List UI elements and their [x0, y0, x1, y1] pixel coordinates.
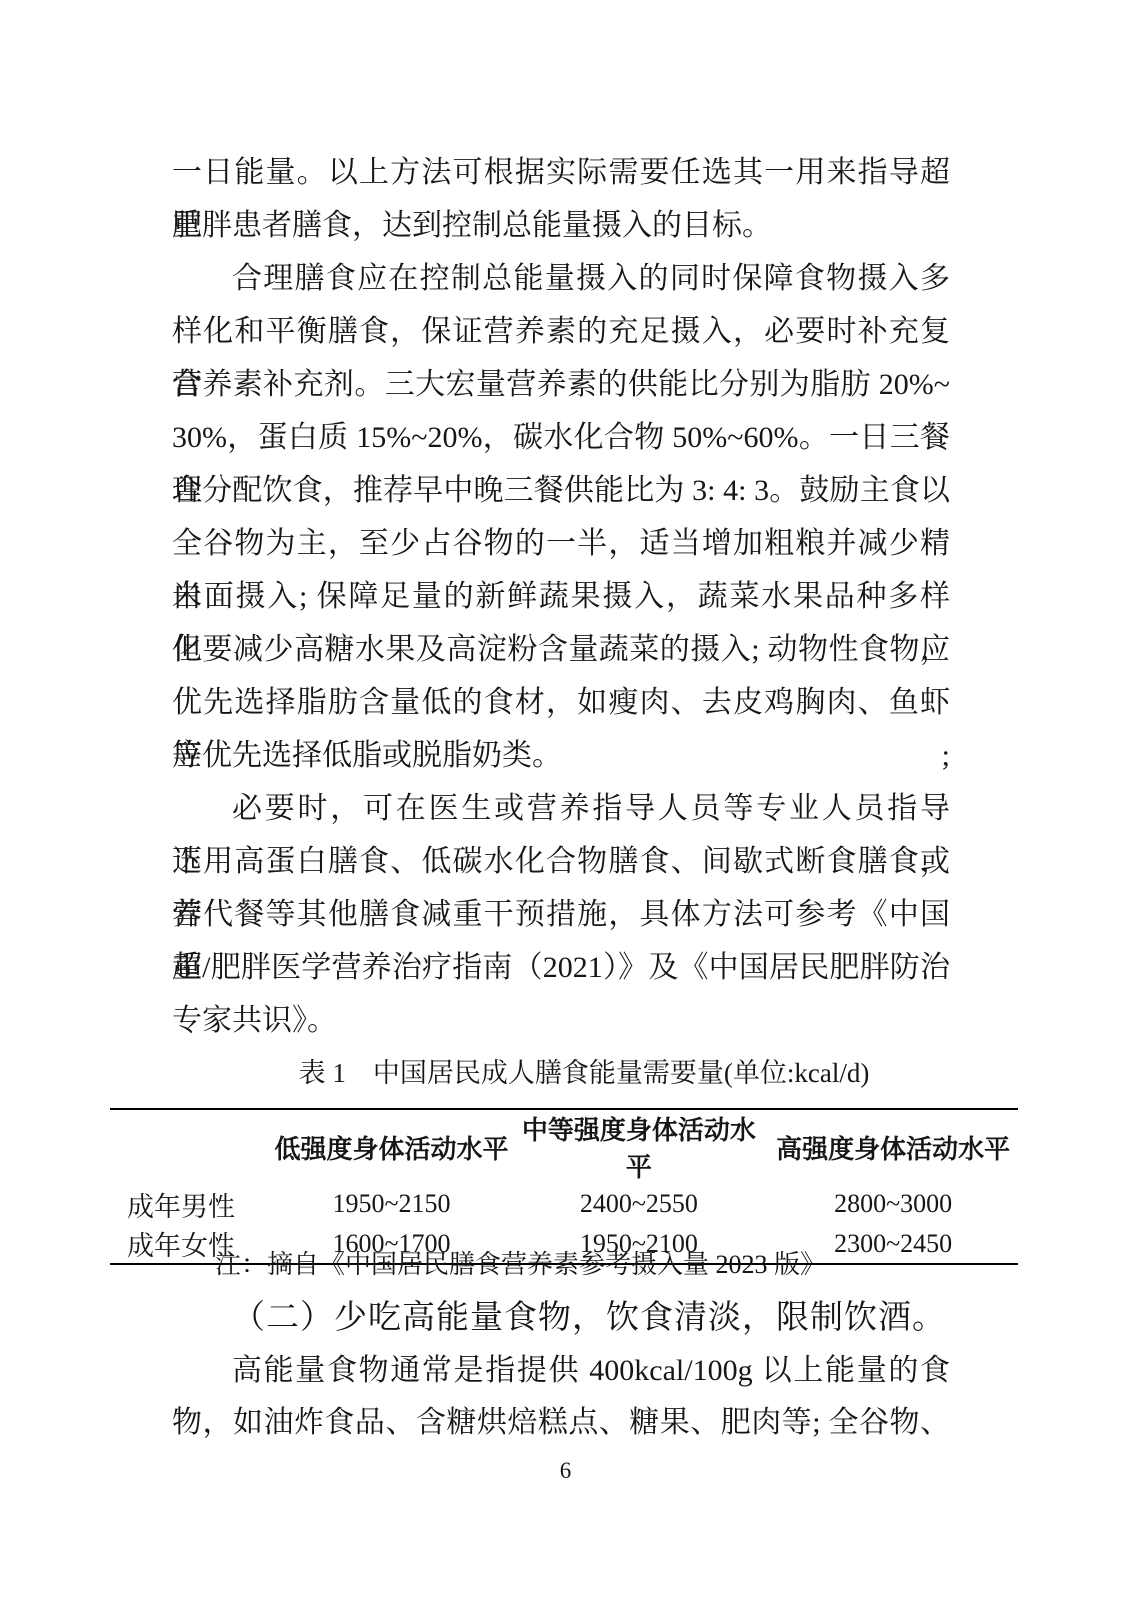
cell-value: 2400~2550: [510, 1184, 769, 1224]
table-note: 注：摘自《中国居民膳食营养素参考摄入量 2023 版》: [215, 1250, 1015, 1280]
body-line: 选用高蛋白膳食、低碳水化合物膳食、间歇式断食膳食或营: [172, 835, 950, 888]
main-text: 一日能量。以上方法可根据实际需要任选其一用来指导超重 肥胖患者膳食，达到控制总能…: [172, 146, 950, 1047]
body-line: 全谷物为主，至少占谷物的一半，适当增加粗粮并减少精白: [172, 517, 950, 570]
cell-value: 1950~2150: [273, 1184, 509, 1224]
body-line: 物，如油炸食品、含糖烘焙糕点、糖果、肥肉等; 全谷物、: [172, 1397, 950, 1449]
section-heading: （二）少吃高能量食物，饮食清淡，限制饮酒。: [232, 1298, 992, 1338]
body-line: 米面摄入; 保障足量的新鲜蔬果摄入，蔬菜水果品种多样化，: [172, 570, 950, 623]
body-line: 一日能量。以上方法可根据实际需要任选其一用来指导超重: [172, 146, 950, 199]
body-line: 理分配饮食，推荐早中晚三餐供能比为 3: 4: 3。鼓励主食以: [172, 464, 950, 517]
table-header-row: 低强度身体活动水平 中等强度身体活动水平 高强度身体活动水平: [110, 1109, 1018, 1184]
cell-value: 2800~3000: [768, 1184, 1018, 1224]
body-line: 营养素补充剂。三大宏量营养素的供能比分别为脂肪 20%~: [172, 358, 950, 411]
row-label: 成年男性: [110, 1184, 273, 1224]
col-header-high: 高强度身体活动水平: [768, 1109, 1018, 1184]
body-line: 必要时，可在医生或营养指导人员等专业人员指导下，: [172, 782, 950, 835]
body-line: 重/肥胖医学营养治疗指南（2021）》及《中国居民肥胖防治: [172, 941, 950, 994]
table-caption: 表 1 中国居民成人膳食能量需要量(单位:kcal/d): [130, 1056, 1038, 1090]
body-line: 但要减少高糖水果及高淀粉含量蔬菜的摄入; 动物性食物应: [172, 623, 950, 676]
col-header-medium: 中等强度身体活动水平: [510, 1109, 769, 1184]
table-row-adult-male: 成年男性 1950~2150 2400~2550 2800~3000: [110, 1184, 1018, 1224]
col-header-low: 低强度身体活动水平: [273, 1109, 509, 1184]
body-line: 样化和平衡膳食，保证营养素的充足摄入，必要时补充复合: [172, 305, 950, 358]
body-line: 专家共识》。: [172, 994, 950, 1047]
body-line: 合理膳食应在控制总能量摄入的同时保障食物摄入多: [172, 252, 950, 305]
body-line: 肥胖患者膳食，达到控制总能量摄入的目标。: [172, 199, 950, 252]
body-line: 优先选择脂肪含量低的食材，如瘦肉、去皮鸡胸肉、鱼虾等;: [172, 676, 950, 729]
body-line: 高能量食物通常是指提供 400kcal/100g 以上能量的食: [172, 1345, 950, 1397]
body-line: 养代餐等其他膳食减重干预措施，具体方法可参考《中国超: [172, 888, 950, 941]
energy-table: 低强度身体活动水平 中等强度身体活动水平 高强度身体活动水平 成年男性 1950…: [110, 1108, 1018, 1265]
page-number: 6: [0, 1458, 1131, 1484]
table-header-stub: [110, 1109, 273, 1184]
body-line: 30%，蛋白质 15%~20%，碳水化合物 50%~60%。一日三餐合: [172, 411, 950, 464]
document-page: 一日能量。以上方法可根据实际需要任选其一用来指导超重 肥胖患者膳食，达到控制总能…: [0, 0, 1131, 1600]
section-text: 高能量食物通常是指提供 400kcal/100g 以上能量的食 物，如油炸食品、…: [172, 1345, 950, 1449]
